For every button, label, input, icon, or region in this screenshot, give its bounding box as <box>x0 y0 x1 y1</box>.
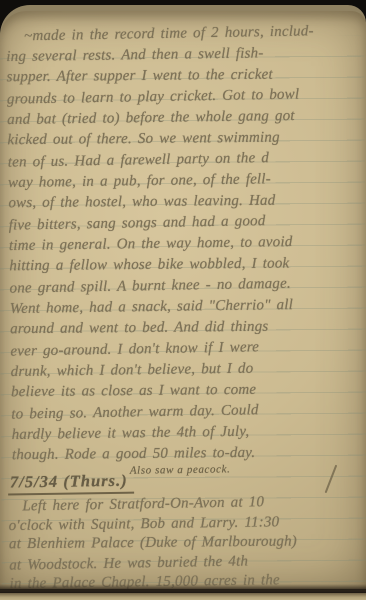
journal-entry-july-4: ~made in the record time of 2 hours, inc… <box>6 21 366 467</box>
photo-of-journal-page: ~made in the record time of 2 hours, inc… <box>0 0 366 600</box>
journal-page: ~made in the record time of 2 hours, inc… <box>0 11 366 589</box>
journal-line: though. Rode a good 50 miles to-day. <box>12 442 366 466</box>
entry-date: 7/5/34 (Thurs.) <box>8 471 134 496</box>
next-page-edge <box>0 593 366 600</box>
journal-entry-july-5: Left here for Stratford-On-Avon at 10 o'… <box>8 492 364 589</box>
inserted-note: Also saw a peacock. <box>130 463 231 476</box>
pencil-slash-mark <box>325 465 338 494</box>
